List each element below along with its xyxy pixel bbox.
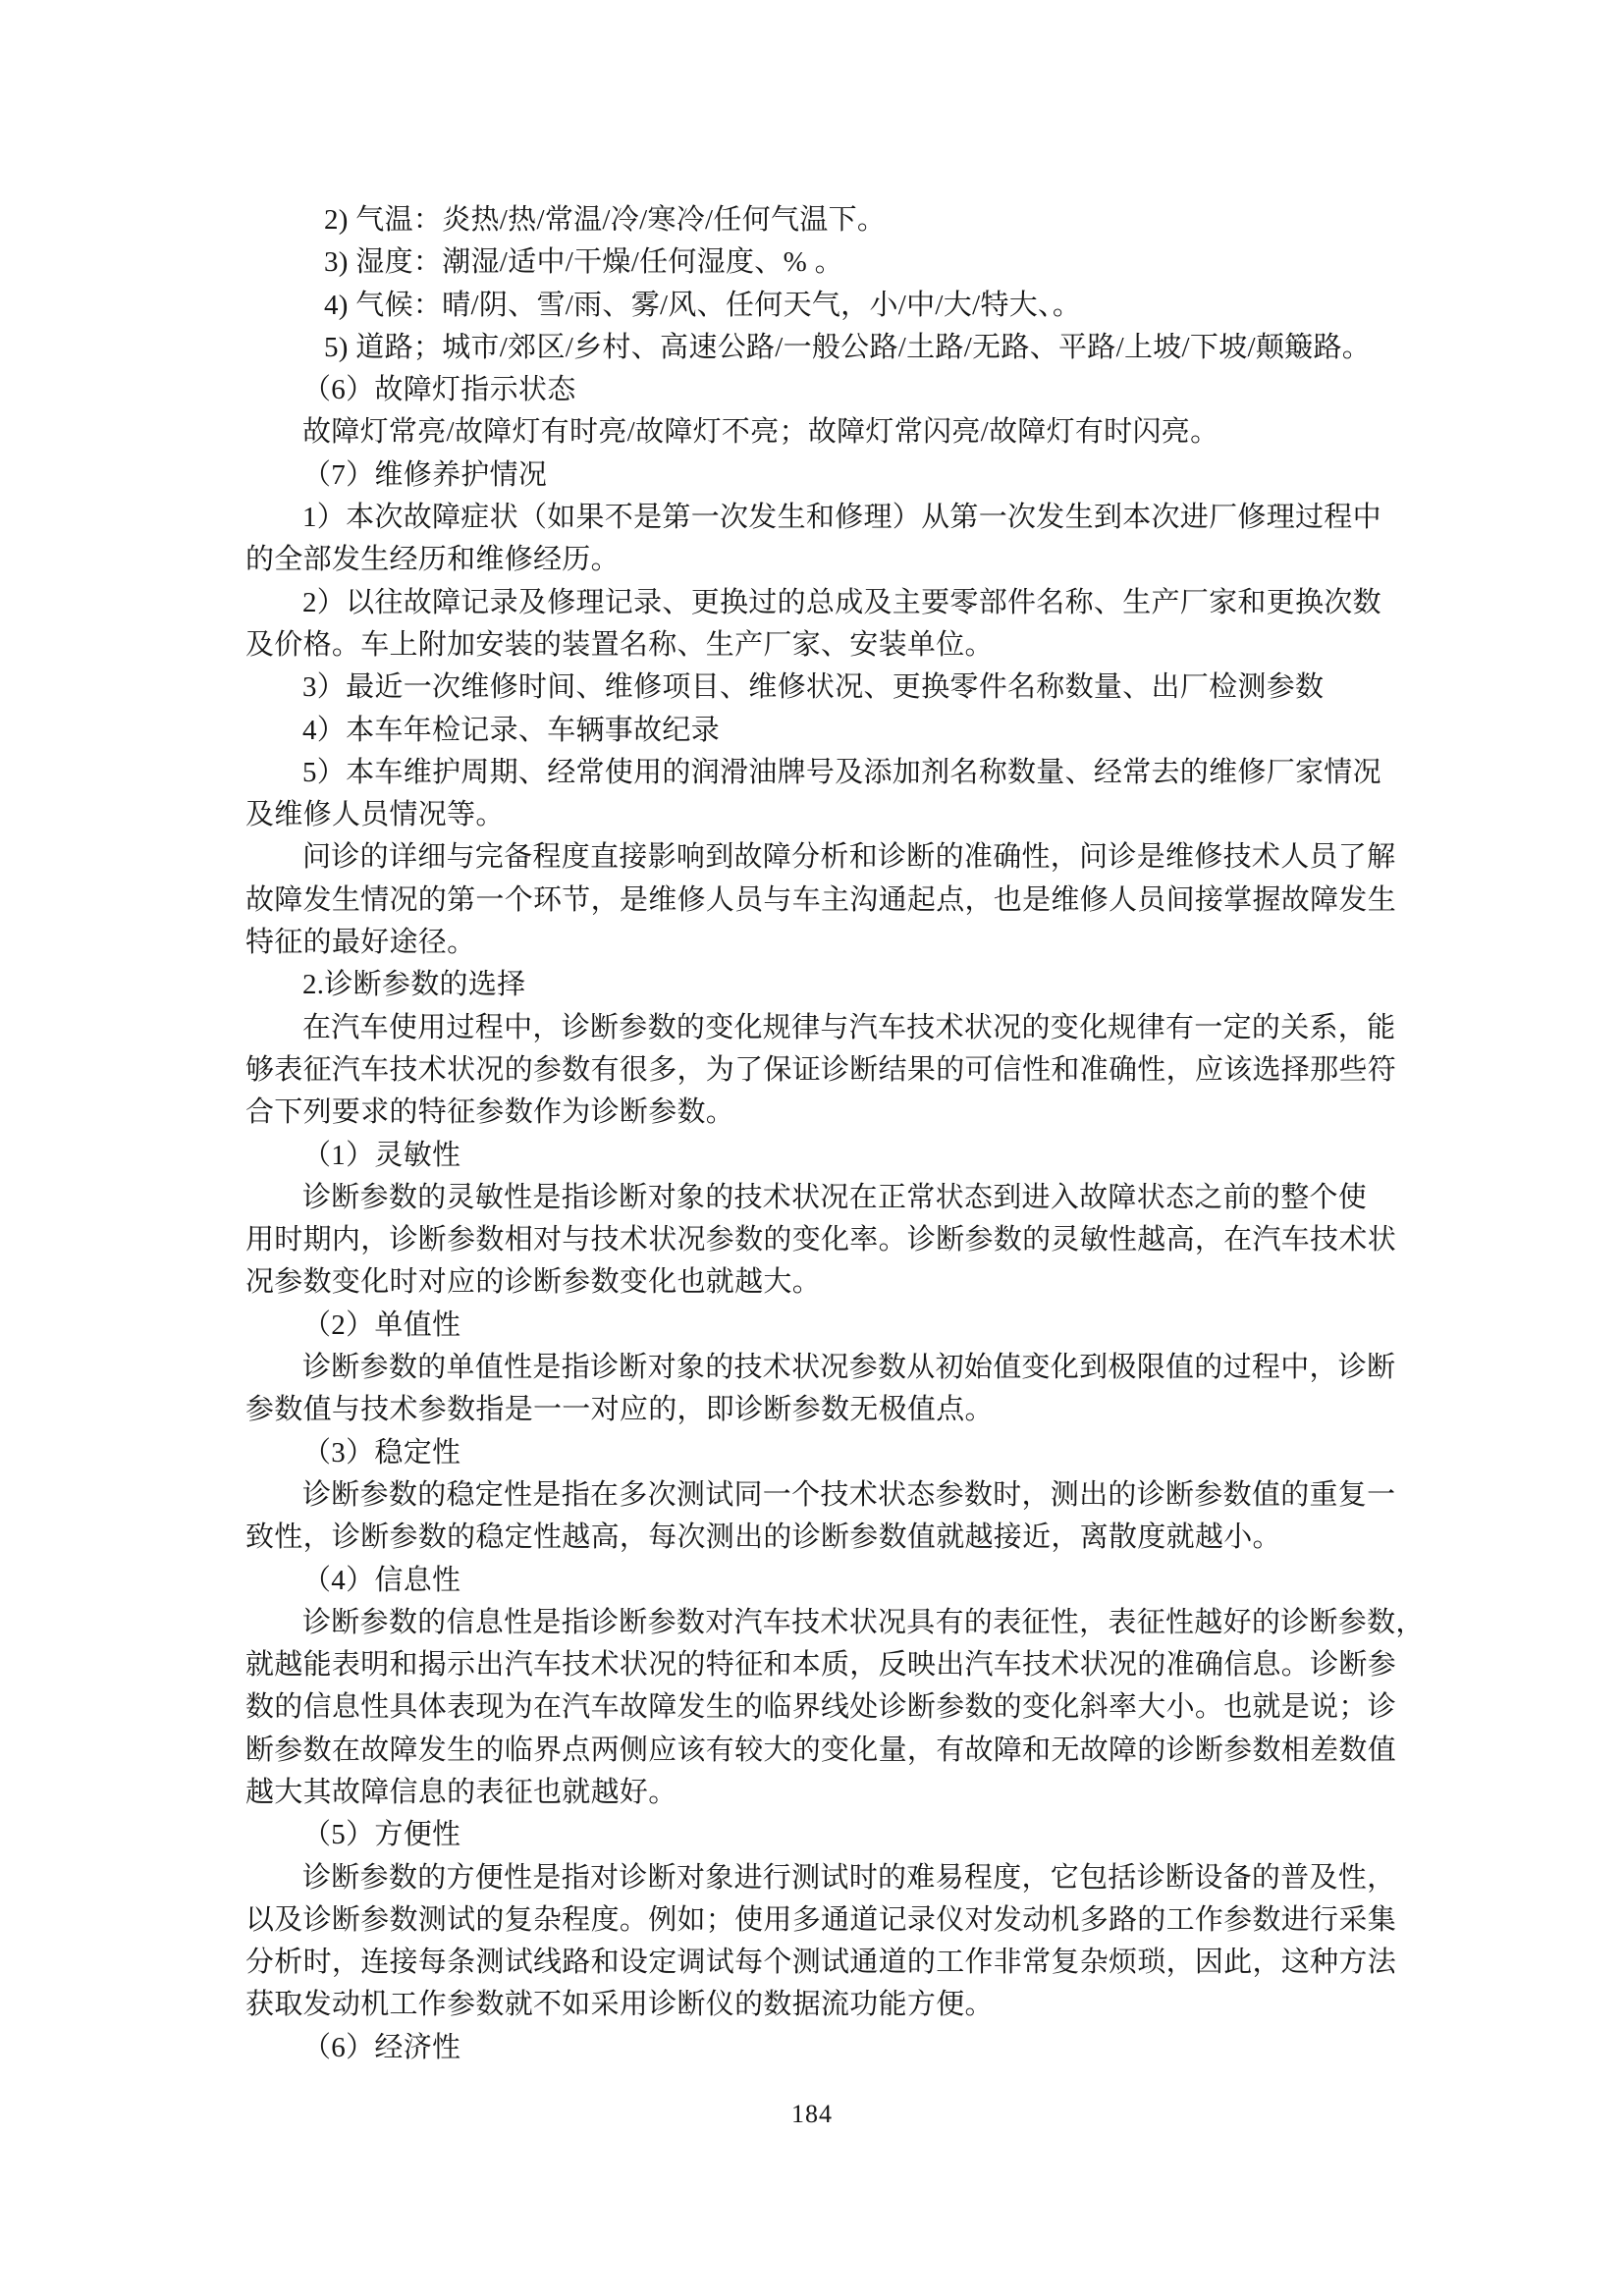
- document-page: 2) 气温：炎热/热/常温/冷/寒冷/任何气温下。 3) 湿度：潮湿/适中/干燥…: [0, 0, 1624, 2296]
- body-line: 诊断参数的灵敏性是指诊断对象的技术状况在正常状态到进入故障状态之前的整个使: [245, 1177, 1394, 1219]
- body-line: 分析时，连接每条测试线路和设定调试每个测试通道的工作非常复杂烦琐，因此，这种方法: [245, 1942, 1394, 1984]
- body-line: 合下列要求的特征参数作为诊断参数。: [245, 1092, 1394, 1134]
- body-line: 就越能表明和揭示出汽车技术状况的特征和本质，反映出汽车技术状况的准确信息。诊断参: [245, 1644, 1394, 1686]
- body-line: 诊断参数的单值性是指诊断对象的技术状况参数从初始值变化到极限值的过程中，诊断: [245, 1347, 1394, 1389]
- body-line: 诊断参数的稳定性是指在多次测试同一个技术状态参数时，测出的诊断参数值的重复一: [245, 1474, 1394, 1517]
- body-line: 5) 道路；城市/郊区/乡村、高速公路/一般公路/土路/无路、平路/上坡/下坡/…: [245, 327, 1394, 369]
- body-line: 诊断参数的信息性是指诊断参数对汽车技术状况具有的表征性，表征性越好的诊断参数，: [245, 1602, 1394, 1644]
- body-line: 3) 湿度：潮湿/适中/干燥/任何湿度、% 。: [245, 241, 1394, 284]
- body-line: 故障灯常亮/故障灯有时亮/故障灯不亮；故障灯常闪亮/故障灯有时闪亮。: [245, 411, 1394, 454]
- section-heading: 2.诊断参数的选择: [245, 964, 1394, 1006]
- section-heading: （6）经济性: [245, 2027, 1394, 2069]
- body-line: 数的信息性具体表现为在汽车故障发生的临界线处诊断参数的变化斜率大小。也就是说；诊: [245, 1686, 1394, 1729]
- section-heading: （7）维修养护情况: [245, 454, 1394, 497]
- section-heading: （6）故障灯指示状态: [245, 369, 1394, 411]
- body-line: 3）最近一次维修时间、维修项目、维修状况、更换零件名称数量、出厂检测参数: [245, 667, 1394, 709]
- body-line: 参数值与技术参数指是一一对应的，即诊断参数无极值点。: [245, 1389, 1394, 1431]
- body-line: 4) 气候：晴/阴、雪/雨、雾/风、任何天气，小/中/大/特大、。: [245, 285, 1394, 327]
- page-number: 184: [0, 2100, 1624, 2129]
- body-line: 用时期内，诊断参数相对与技术状况参数的变化率。诊断参数的灵敏性越高，在汽车技术状: [245, 1219, 1394, 1261]
- body-line: 获取发动机工作参数就不如采用诊断仪的数据流功能方便。: [245, 1984, 1394, 2026]
- body-line: 及维修人员情况等。: [245, 794, 1394, 836]
- body-line: 够表征汽车技术状况的参数有很多，为了保证诊断结果的可信性和准确性，应该选择那些符: [245, 1049, 1394, 1092]
- body-line: 诊断参数的方便性是指对诊断对象进行测试时的难易程度，它包括诊断设备的普及性，: [245, 1857, 1394, 1899]
- body-line: 特征的最好途径。: [245, 922, 1394, 964]
- page-body: 2) 气温：炎热/热/常温/冷/寒冷/任何气温下。 3) 湿度：潮湿/适中/干燥…: [245, 199, 1394, 2069]
- body-line: 问诊的详细与完备程度直接影响到故障分析和诊断的准确性，问诊是维修技术人员了解: [245, 836, 1394, 879]
- body-line: 故障发生情况的第一个环节，是维修人员与车主沟通起点，也是维修人员间接掌握故障发生: [245, 880, 1394, 922]
- body-line: 1）本次故障症状（如果不是第一次发生和修理）从第一次发生到本次进厂修理过程中: [245, 497, 1394, 539]
- body-line: 以及诊断参数测试的复杂程度。例如；使用多通道记录仪对发动机多路的工作参数进行采集: [245, 1899, 1394, 1942]
- section-heading: （5）方便性: [245, 1814, 1394, 1856]
- body-line: 及价格。车上附加安装的装置名称、生产厂家、安装单位。: [245, 624, 1394, 667]
- body-line: 4）本车年检记录、车辆事故纪录: [245, 710, 1394, 752]
- section-heading: （2）单值性: [245, 1305, 1394, 1347]
- body-line: 况参数变化时对应的诊断参数变化也就越大。: [245, 1261, 1394, 1304]
- section-heading: （4）信息性: [245, 1560, 1394, 1602]
- body-line: 断参数在故障发生的临界点两侧应该有较大的变化量，有故障和无故障的诊断参数相差数值: [245, 1730, 1394, 1772]
- section-heading: （3）稳定性: [245, 1432, 1394, 1474]
- section-heading: （1）灵敏性: [245, 1135, 1394, 1177]
- body-line: 越大其故障信息的表征也就越好。: [245, 1772, 1394, 1814]
- body-line: 的全部发生经历和维修经历。: [245, 539, 1394, 581]
- body-line: 在汽车使用过程中，诊断参数的变化规律与汽车技术状况的变化规律有一定的关系，能: [245, 1007, 1394, 1049]
- body-line: 致性，诊断参数的稳定性越高，每次测出的诊断参数值就越接近，离散度就越小。: [245, 1517, 1394, 1559]
- body-line: 5）本车维护周期、经常使用的润滑油牌号及添加剂名称数量、经常去的维修厂家情况: [245, 752, 1394, 794]
- body-line: 2）以往故障记录及修理记录、更换过的总成及主要零部件名称、生产厂家和更换次数: [245, 582, 1394, 624]
- body-line: 2) 气温：炎热/热/常温/冷/寒冷/任何气温下。: [245, 199, 1394, 241]
